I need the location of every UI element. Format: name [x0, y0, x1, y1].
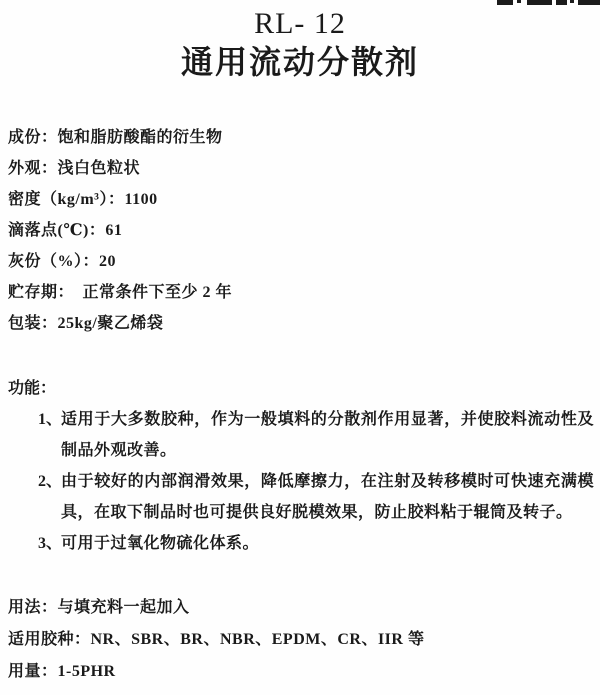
logo-fragment-segment	[497, 0, 513, 5]
spec-line-packaging: 包装：25kg/聚乙烯袋	[8, 308, 592, 339]
product-code-title: RL- 12	[0, 6, 600, 42]
logo-fragment-segment	[517, 0, 521, 3]
function-item: 2、 由于较好的内部润滑效果，降低摩擦力，在注射及转移模时可快速充满模具，在取下…	[8, 466, 594, 528]
spec-line-ash: 灰份（%）：20	[8, 246, 592, 277]
usage-section: 用法：与填充料一起加入 适用胶种：NR、SBR、BR、NBR、EPDM、CR、I…	[8, 592, 592, 688]
logo-fragment-segment	[527, 0, 552, 5]
list-marker: 2、	[38, 466, 61, 497]
product-name-title: 通用流动分散剂	[0, 42, 600, 82]
list-marker: 3、	[38, 528, 61, 559]
usage-line-method: 用法：与填充料一起加入	[8, 592, 592, 624]
spec-list: 成份：饱和脂肪酸酯的衍生物 外观：浅白色粒状 密度（kg/m³）：1100 滴落…	[8, 122, 592, 339]
spec-line-drop-point: 滴落点(℃)：61	[8, 215, 592, 246]
logo-fragment-segment	[578, 0, 600, 5]
spec-line-appearance: 外观：浅白色粒状	[8, 153, 592, 184]
usage-line-applicable-rubbers: 适用胶种：NR、SBR、BR、NBR、EPDM、CR、IIR 等	[8, 624, 592, 656]
functions-heading: 功能：	[8, 373, 594, 404]
datasheet-page: RL- 12 通用流动分散剂 成份：饱和脂肪酸酯的衍生物 外观：浅白色粒状 密度…	[0, 0, 600, 695]
function-item: 3、 可用于过氧化物硫化体系。	[8, 528, 594, 559]
usage-line-dosage: 用量：1-5PHR	[8, 656, 592, 688]
spec-line-composition: 成份：饱和脂肪酸酯的衍生物	[8, 122, 592, 153]
spec-line-density: 密度（kg/m³）：1100	[8, 184, 592, 215]
function-item: 1、 适用于大多数胶种，作为一般填料的分散剂作用显著，并使胶料流动性及制品外观改…	[8, 404, 594, 466]
logo-fragment-segment	[556, 0, 567, 5]
functions-section: 功能： 1、 适用于大多数胶种，作为一般填料的分散剂作用显著，并使胶料流动性及制…	[8, 373, 594, 559]
function-item-text: 由于较好的内部润滑效果，降低摩擦力，在注射及转移模时可快速充满模具，在取下制品时…	[61, 466, 594, 528]
function-item-text: 适用于大多数胶种，作为一般填料的分散剂作用显著，并使胶料流动性及制品外观改善。	[61, 404, 594, 466]
spec-line-shelf-life: 贮存期： 正常条件下至少 2 年	[8, 277, 592, 308]
logo-fragment-segment	[570, 0, 574, 3]
function-item-text: 可用于过氧化物硫化体系。	[61, 528, 594, 559]
list-marker: 1、	[38, 404, 61, 435]
